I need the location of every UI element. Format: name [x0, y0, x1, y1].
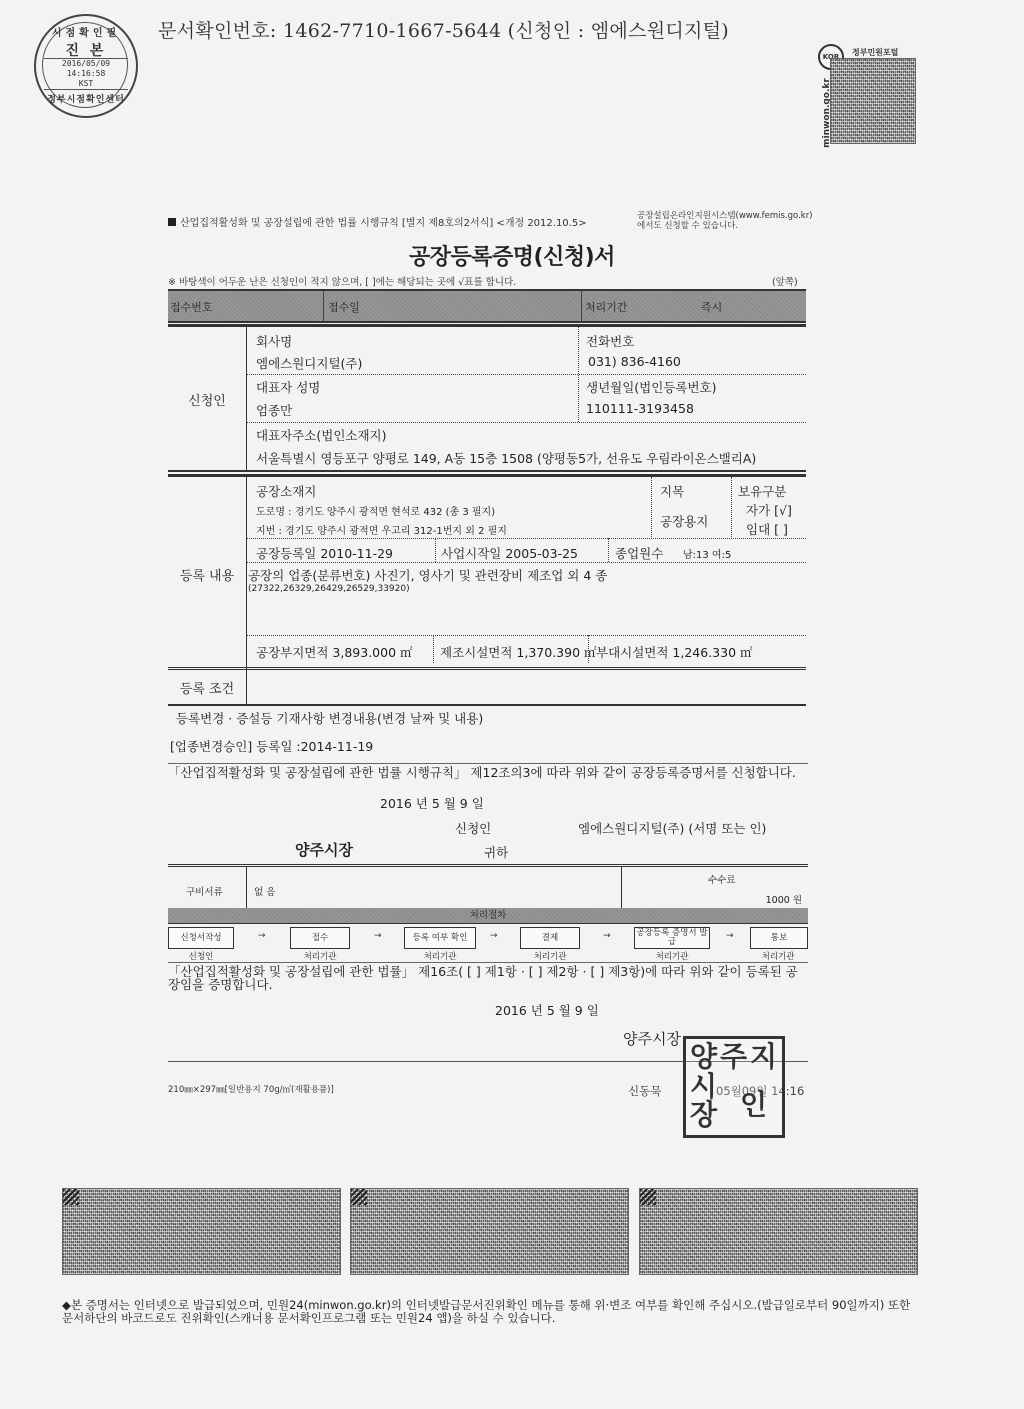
divider: [621, 867, 622, 911]
seal-glyph: 시: [690, 1073, 717, 1101]
application-date: 2016 년 5 월 9 일: [380, 797, 484, 810]
seal-glyph: 주: [720, 1043, 747, 1071]
procedure-step: 등록 여부 확인: [404, 927, 476, 949]
land-category-label: 지목: [660, 482, 684, 500]
divider: [323, 291, 324, 321]
reception-bar: 접수번호 접수일 처리기간 즉시: [168, 289, 806, 323]
birthdate-value: 110111-3193458: [586, 401, 694, 416]
registration-section-label: 등록 내용: [168, 565, 246, 584]
divider: [168, 962, 808, 963]
registration-section: 등록 내용 공장소재지 도로명 : 경기도 양주시 광적면 현석로 432 (총…: [168, 474, 806, 670]
divider: [435, 538, 436, 562]
document-confirmation-number: 문서확인번호: 1462-7710-1667-5644 (신청인 : 엠에스원디…: [158, 16, 729, 43]
divider: [246, 477, 247, 667]
procedure-step: 결제: [520, 927, 580, 949]
seal-date: 2016/05/09: [44, 59, 128, 69]
applicant-section: 신청인 회사명 엠에스원디지털(주) 전화번호 031) 836-4160 대표…: [168, 324, 806, 472]
divider: [247, 538, 806, 539]
divider: [731, 477, 732, 537]
divider: [651, 477, 652, 537]
fee-value: 1000 원: [766, 892, 802, 906]
divider: [608, 538, 609, 562]
divider: [247, 422, 806, 423]
procedure-step-actor: 처리기관: [514, 950, 586, 962]
issuing-officer: 신동묵: [628, 1083, 661, 1099]
change-history-header: 등록변경 · 증설등 기재사항 변경내용(변경 날짜 및 내용): [176, 709, 483, 727]
portal-name: 정부민원포털: [852, 47, 898, 58]
issuing-authority: 양주시장: [623, 1033, 681, 1046]
verification-barcode-icon: [62, 1188, 341, 1275]
road-address: 도로명 : 경기도 양주시 광적면 현석로 432 (총 3 필지): [256, 503, 495, 518]
form-legal-reference: 산업집적활성화 및 공장설립에 관한 법률 시행규칙 [별지 제8호의2서식] …: [168, 214, 587, 229]
registration-date: 공장등록일 2010-11-29: [256, 544, 393, 562]
divider: [433, 635, 434, 663]
change-history-entry: [업종변경승인] 등록일 :2014-11-19: [170, 737, 373, 755]
lot-address: 지번 : 경기도 양주시 광적면 우고리 312-1번지 외 2 필지: [256, 522, 507, 537]
ownership-label: 보유구분: [738, 482, 786, 500]
online-application-note: 공장설립온라인지원시스템(www.femis.go.kr)에서도 신청할 수 있…: [637, 211, 817, 231]
seal-glyph: 지: [750, 1043, 777, 1071]
employees-label: 종업원수: [615, 544, 663, 562]
portal-verification-code: KOR 정부민원포털 minwon.go.kr: [818, 44, 916, 144]
fee-label: 수수료: [708, 872, 736, 886]
recipient: 양주시장: [295, 844, 353, 857]
address-label: 대표자주소(법인소재지): [256, 426, 387, 444]
seal-main-text: 진 본: [36, 40, 136, 60]
divider: [246, 327, 247, 470]
company-label: 회사명: [256, 332, 292, 350]
land-category-value: 공장용지: [660, 512, 708, 530]
form-instruction: ※ 바탕색이 어두운 난은 신청인이 적지 않으며, [ ]에는 해당되는 곳에…: [168, 274, 516, 288]
certification-statement: 「산업집적활성화 및 공장설립에 관한 법률」 제16조( [ ] 제1항 · …: [168, 965, 808, 991]
applicant-section-label: 신청인: [168, 390, 246, 409]
procedure-step-actor: 처리기관: [404, 950, 476, 962]
seal-glyph: 인: [740, 1091, 767, 1119]
barcode-corner-mark: [63, 1189, 79, 1205]
recipient-honorific: 귀하: [484, 846, 508, 859]
phone-value: 031) 836-4160: [588, 354, 681, 369]
seal-glyph: 장: [690, 1101, 717, 1129]
seal-top-text: 시점확인필: [36, 24, 136, 39]
divider: [246, 867, 247, 911]
verification-barcode-icon: [350, 1188, 629, 1275]
arrow-right-icon: →: [258, 931, 266, 941]
required-documents-label: 구비서류: [186, 884, 223, 898]
procedure-step-actor: 신청인: [168, 950, 234, 962]
certification-date: 2016 년 5 월 9 일: [495, 1004, 599, 1017]
form-title: 공장등록증명(신청)서: [0, 240, 1024, 271]
address-value: 서울특별시 영등포구 양평로 149, A동 15층 1508 (양평동5가, …: [256, 449, 756, 467]
procedure-title: 처리절차: [168, 908, 808, 924]
arrow-right-icon: →: [603, 931, 611, 941]
barcode-corner-mark: [640, 1189, 656, 1205]
divider: [247, 562, 806, 563]
application-declaration: 「산업집적활성화 및 공장설립에 관한 법률 시행규칙」 제12조의3에 따라 …: [168, 766, 808, 779]
arrow-right-icon: →: [374, 931, 382, 941]
birthdate-label: 생년월일(법인등록번호): [586, 378, 717, 396]
required-documents-value: 없 음: [254, 884, 275, 898]
business-start-date: 사업시작일 2005-03-25: [441, 544, 578, 562]
barcode-corner-mark: [351, 1189, 367, 1205]
processing-period-label: 처리기간: [585, 299, 628, 315]
procedure-step-actor: 처리기관: [284, 950, 356, 962]
registration-condition: 등록 조건: [168, 668, 806, 706]
reception-number-label: 접수번호: [170, 299, 213, 315]
representative-label: 대표자 성명: [256, 378, 320, 396]
law-reference-text: 산업집적활성화 및 공장설립에 관한 법률 시행규칙 [별지 제8호의2서식] …: [180, 218, 587, 229]
divider: [581, 291, 582, 321]
arrow-right-icon: →: [490, 931, 498, 941]
procedure-step: 통보: [750, 927, 808, 949]
seal-time: 14:16:58: [44, 69, 128, 79]
divider: [247, 374, 806, 375]
applicant-signature-label: 신청인: [455, 822, 491, 835]
2d-barcode-icon: [830, 58, 916, 144]
divider: [246, 668, 247, 704]
industry-type: 공장의 업종(분류번호) 사진기, 영사기 및 관련장비 제조업 외 4 종: [248, 566, 607, 584]
factory-location-label: 공장소재지: [256, 482, 316, 500]
page-side-label: (앞쪽): [772, 274, 798, 288]
procedure-step: 공장등록 증명서 발급: [634, 927, 710, 949]
divider: [247, 635, 806, 636]
seal-datetime: 2016/05/09 14:16:58 KST: [44, 58, 128, 90]
procedure-step-actor: 처리기관: [744, 950, 812, 962]
procedure-step: 접수: [290, 927, 350, 949]
phone-label: 전화번호: [586, 332, 634, 350]
seal-glyph: 양: [690, 1043, 717, 1071]
seal-bottom-text: 정부시점확인센터: [36, 92, 136, 105]
employees-value: 남:13 여:5: [683, 546, 731, 561]
arrow-right-icon: →: [726, 931, 734, 941]
reception-date-label: 접수일: [328, 299, 360, 315]
timestamp-seal: 시점확인필 진 본 2016/05/09 14:16:58 KST 정부시점확인…: [34, 14, 138, 118]
industry-codes: (27322,26329,26429,26529,33920): [248, 584, 410, 594]
official-seal-icon: 양 주 지 시 장 인: [683, 1036, 785, 1138]
footer-notice: ◆본 증명서는 인터넷으로 발급되었으며, 민원24(minwon.go.kr)…: [62, 1299, 922, 1325]
verification-barcode-icon: [639, 1188, 918, 1275]
procedure-step-actor: 처리기관: [636, 950, 708, 962]
company-value: 엠에스원디지털(주): [256, 354, 362, 372]
divider: [168, 763, 808, 764]
representative-value: 엄종만: [256, 401, 292, 419]
ownership-own-checkbox: 자가 [√]: [746, 501, 792, 519]
site-area: 공장부지면적 3,893.000 ㎡: [256, 643, 413, 661]
processing-period-value: 즉시: [701, 299, 722, 315]
procedure-step: 신청서작성: [168, 927, 234, 949]
divider: [588, 635, 589, 663]
ownership-lease-checkbox: 임대 [ ]: [746, 520, 788, 538]
auxiliary-area: 부대시설면적 1,246.330 ㎡: [596, 643, 753, 661]
paper-specification: 210㎜×297㎜[일반용지 70g/㎡(재활용품)]: [168, 1083, 334, 1095]
condition-label: 등록 조건: [168, 678, 246, 697]
square-bullet-icon: [168, 218, 176, 226]
seal-timezone: KST: [44, 79, 128, 89]
applicant-signature: 엠에스원디지털(주) (서명 또는 인): [578, 822, 766, 835]
manufacturing-area: 제조시설면적 1,370.390 ㎡: [440, 643, 597, 661]
required-documents-table: 구비서류 없 음 수수료 1000 원: [168, 864, 808, 913]
